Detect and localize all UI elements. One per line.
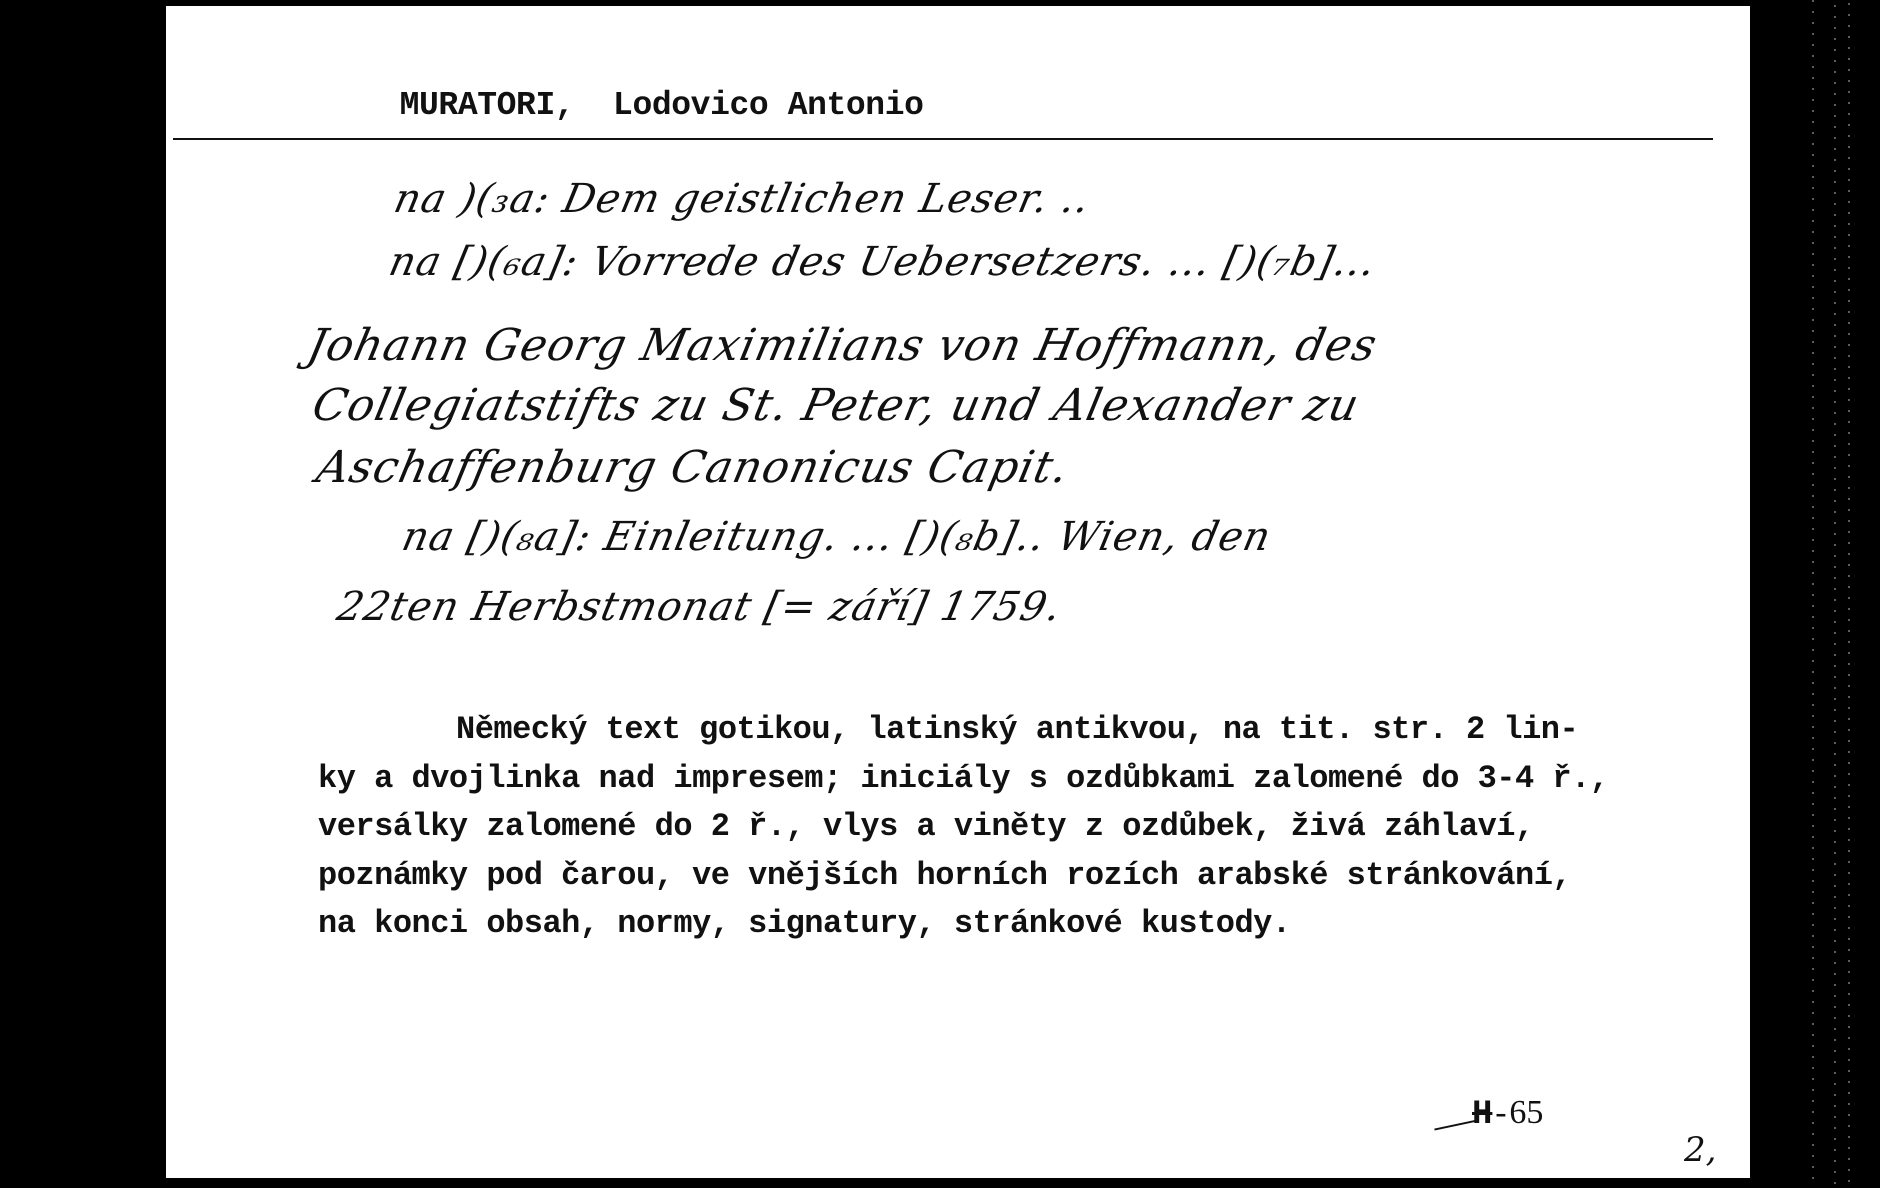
handwritten-line: na )(₃a: Dem geistlichen Leser. .. bbox=[390, 176, 1094, 222]
description-line: na konci obsah, normy, signatury, stránk… bbox=[318, 900, 1778, 949]
handwritten-line: na [)(₆a]: Vorrede des Uebersetzers. ...… bbox=[385, 239, 1380, 285]
card-heading: MURATORI, Lodovico Antonio bbox=[322, 50, 924, 161]
scan-border-right bbox=[1750, 0, 1880, 1188]
description-line: ky a dvojlinka nad impresem; iniciály s … bbox=[318, 755, 1778, 804]
description-line: Německý text gotikou, latinský antikvou,… bbox=[318, 706, 1778, 755]
description-line: versálky zalomené do 2 ř., vlys a viněty… bbox=[318, 803, 1778, 852]
handwritten-line: 22ten Herbstmonat [= září] 1759. bbox=[333, 584, 1066, 630]
shelfmark: H - 65 bbox=[1472, 1094, 1543, 1134]
handwritten-line: Johann Georg Maximilians von Hoffmann, d… bbox=[303, 320, 1382, 371]
scan-noise bbox=[1834, 0, 1836, 1188]
catalog-card: MURATORI, Lodovico Antonio na )(₃a: Dem … bbox=[166, 6, 1750, 1178]
typed-description: Německý text gotikou, latinský antikvou,… bbox=[318, 706, 1778, 949]
description-line: poznámky pod čarou, ve vnějších horních … bbox=[318, 852, 1778, 901]
handwritten-line: na [)(₈a]: Einleitung. ... [)(₈b].. Wien… bbox=[398, 514, 1275, 560]
handwritten-line: Aschaffenburg Canonicus Capit. bbox=[312, 442, 1074, 493]
struck-shelf-letter: H bbox=[1472, 1096, 1492, 1134]
scan-noise bbox=[1848, 0, 1850, 1188]
shelf-number: 65 bbox=[1509, 1094, 1543, 1131]
author-heading: MURATORI, Lodovico Antonio bbox=[400, 87, 924, 124]
header-divider bbox=[173, 138, 1713, 140]
handwritten-line: Collegiatstifts zu St. Peter, und Alexan… bbox=[308, 380, 1364, 431]
card-page-number: 2, bbox=[1684, 1130, 1716, 1170]
scan-noise bbox=[1812, 0, 1814, 1188]
